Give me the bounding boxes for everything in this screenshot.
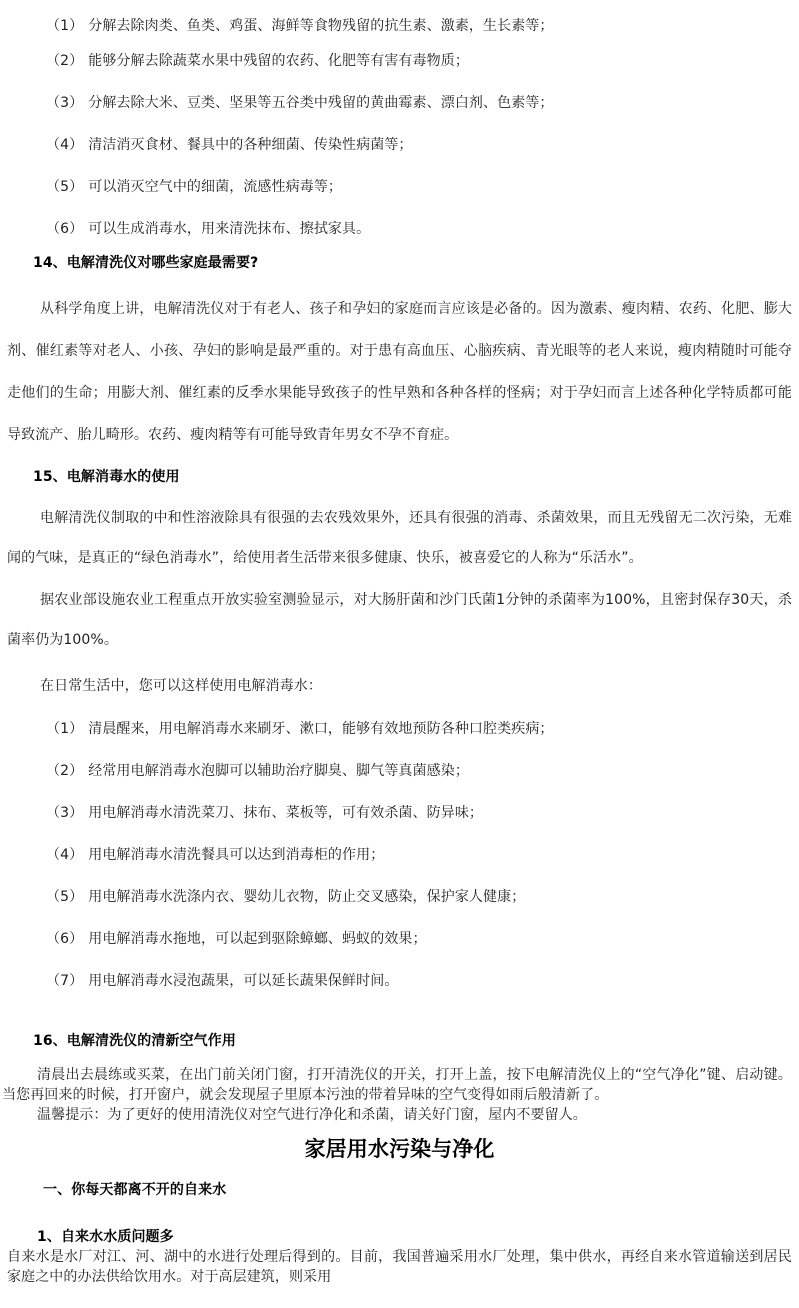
list-item-text: 经常用电解消毒水泡脚可以辅助治疗脚臭、脚气等真菌感染； xyxy=(88,763,469,779)
list-item-number: （4） xyxy=(46,137,83,153)
list-item-number: （5） xyxy=(46,179,83,195)
list-item: （4）用电解消毒水清洗餐具可以达到消毒柜的作用； xyxy=(7,834,792,876)
list-item: （5）用电解消毒水洗涤内衣、婴幼儿衣物，防止交叉感染，保护家人健康； xyxy=(7,876,792,918)
section-heading-14: 14、电解清洗仪对哪些家庭最需要? xyxy=(33,242,792,284)
list-item-text: 分解去除大米、豆类、坚果等五谷类中残留的黄曲霉素、漂白剂、色素等； xyxy=(88,95,553,111)
list-item-number: （3） xyxy=(46,805,83,821)
sub-heading: 1、自来水水质问题多 xyxy=(37,1227,792,1247)
list-item-text: 用电解消毒水清洗餐具可以达到消毒柜的作用； xyxy=(88,847,384,863)
list-item-number: （5） xyxy=(46,889,83,905)
list-item-number: （1） xyxy=(46,721,83,737)
list-item-text: 用电解消毒水拖地，可以起到驱除蟑螂、蚂蚁的效果； xyxy=(88,931,426,947)
list-item-text: 用电解消毒水清洗菜刀、抹布、菜板等，可有效杀菌、防异味； xyxy=(88,805,483,821)
section-heading-15: 15、电解消毒水的使用 xyxy=(33,456,792,498)
list-item-number: （6） xyxy=(46,221,83,237)
chapter-heading: 一、你每天都离不开的自来水 xyxy=(43,1178,792,1202)
section-14-paragraph: 从科学角度上讲，电解清洗仪对于有老人、孩子和孕妇的家庭而言应该是必备的。因为激素… xyxy=(7,288,792,456)
list-item: （1）分解去除肉类、鱼类、鸡蛋、海鲜等食物残留的抗生素、激素，生长素等； xyxy=(7,12,792,40)
list-item-text: 分解去除肉类、鱼类、鸡蛋、海鲜等食物残留的抗生素、激素，生长素等； xyxy=(88,18,553,34)
list-item: （2）能够分解去除蔬菜水果中残留的农药、化肥等有害有毒物质； xyxy=(7,40,792,82)
section-16-paragraph-2: 温馨提示：为了更好的使用清洗仪对空气进行净化和杀菌，请关好门窗，屋内不要留人。 xyxy=(2,1105,792,1125)
list-item: （3）用电解消毒水清洗菜刀、抹布、菜板等，可有效杀菌、防异味； xyxy=(7,792,792,834)
list-item-text: 清晨醒来，用电解消毒水来刷牙、漱口，能够有效地预防各种口腔类疾病； xyxy=(88,721,553,737)
document-page: （1）分解去除肉类、鱼类、鸡蛋、海鲜等食物残留的抗生素、激素，生长素等； （2）… xyxy=(0,0,799,1287)
list-item: （2）经常用电解消毒水泡脚可以辅助治疗脚臭、脚气等真菌感染； xyxy=(7,750,792,792)
list-item: （7）用电解消毒水浸泡蔬果，可以延长蔬果保鲜时间。 xyxy=(7,960,792,1002)
list-item-text: 用电解消毒水洗涤内衣、婴幼儿衣物，防止交叉感染，保护家人健康； xyxy=(88,889,525,905)
section-16-paragraphs: 清晨出去晨练或买菜，在出门前关闭门窗，打开清洗仪的开关，打开上盖，按下电解清洗仪… xyxy=(2,1065,792,1125)
list-item-number: （2） xyxy=(46,763,83,779)
list-item: （6）用电解消毒水拖地，可以起到驱除蟑螂、蚂蚁的效果； xyxy=(7,918,792,960)
list-item-text: 清洁消灭食材、餐具中的各种细菌、传染性病菌等； xyxy=(88,137,412,153)
list-item: （3）分解去除大米、豆类、坚果等五谷类中残留的黄曲霉素、漂白剂、色素等； xyxy=(7,82,792,124)
usage-list: （1）清晨醒来，用电解消毒水来刷牙、漱口，能够有效地预防各种口腔类疾病； （2）… xyxy=(7,708,792,1002)
list-item-text: 能够分解去除蔬菜水果中残留的农药、化肥等有害有毒物质； xyxy=(88,53,469,69)
section-15-paragraph-1: 电解清洗仪制取的中和性溶液除具有很强的去农残效果外，还具有很强的消毒、杀菌效果，… xyxy=(7,498,792,578)
tap-water-paragraph: 自来水是水厂对江、河、湖中的水进行处理后得到的。目前，我国普遍采用水厂处理，集中… xyxy=(7,1247,792,1287)
list-item-number: （6） xyxy=(46,931,83,947)
list-item-number: （4） xyxy=(46,847,83,863)
list-item-number: （1） xyxy=(46,18,83,34)
section-15-paragraph-2: 据农业部设施农业工程重点开放实验室测验显示，对大肠肝菌和沙门氏菌1分钟的杀菌率为… xyxy=(7,580,792,660)
list-item-text: 可以消灭空气中的细菌，流感性病毒等； xyxy=(88,179,342,195)
list-item-number: （7） xyxy=(46,973,83,989)
document-title: 家居用水污染与净化 xyxy=(7,1131,792,1167)
list-item-text: 可以生成消毒水，用来清洗抹布、擦拭家具。 xyxy=(88,221,370,237)
list-item-number: （3） xyxy=(46,95,83,111)
section-16-paragraph-1: 清晨出去晨练或买菜，在出门前关闭门窗，打开清洗仪的开关，打开上盖，按下电解清洗仪… xyxy=(2,1065,792,1105)
list-item-number: （2） xyxy=(46,53,83,69)
list-item: （1）清晨醒来，用电解消毒水来刷牙、漱口，能够有效地预防各种口腔类疾病； xyxy=(7,708,792,750)
list-item-text: 用电解消毒水浸泡蔬果，可以延长蔬果保鲜时间。 xyxy=(88,973,398,989)
section-heading-16: 16、电解清洗仪的清新空气作用 xyxy=(33,1029,792,1053)
benefits-list: （1）分解去除肉类、鱼类、鸡蛋、海鲜等食物残留的抗生素、激素，生长素等； （2）… xyxy=(7,0,792,250)
list-item: （4）清洁消灭食材、餐具中的各种细菌、传染性病菌等； xyxy=(7,124,792,166)
list-item: （5）可以消灭空气中的细菌，流感性病毒等； xyxy=(7,166,792,208)
section-15-paragraph-3: 在日常生活中，您可以这样使用电解消毒水： xyxy=(7,666,792,706)
